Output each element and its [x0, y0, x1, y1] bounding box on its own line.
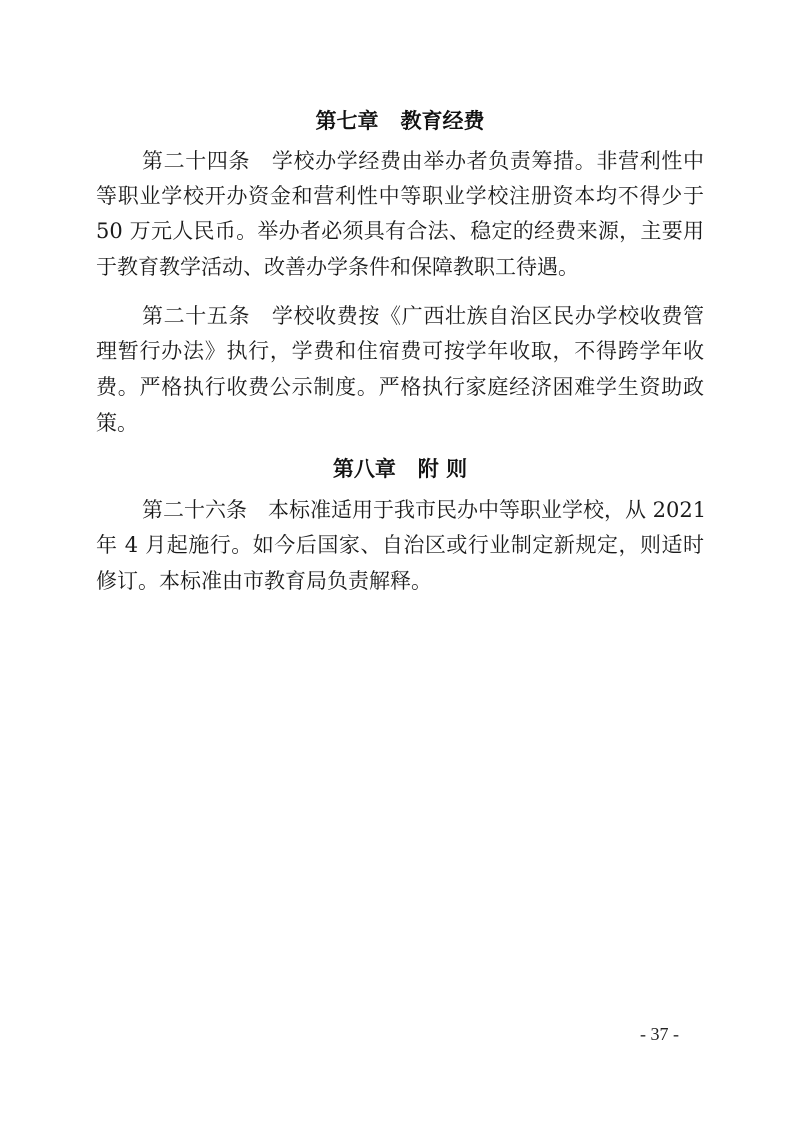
article-26-line-3: 修订。本标准由市教育局负责解释。: [96, 568, 704, 594]
article-25-line-2: 理暂行办法》执行，学费和住宿费可按学年收取，不得跨学年收: [96, 338, 704, 364]
chapter-7-heading: 第七章 教育经费: [0, 108, 800, 134]
article-24-line-1: 第二十四条 学校办学经费由举办者负责筹措。非营利性中: [142, 148, 704, 174]
article-24-line-2: 等职业学校开办资金和营利性中等职业学校注册资本均不得少于: [96, 183, 704, 209]
article-26-line-1: 第二十六条 本标准适用于我市民办中等职业学校，从 2021: [142, 497, 704, 523]
page-number: - 37 -: [640, 1024, 679, 1045]
article-25-line-1: 第二十五条 学校收费按《广西壮族自治区民办学校收费管: [142, 303, 704, 329]
article-25-line-4: 策。: [96, 410, 704, 436]
article-24-line-3: 50 万元人民币。举办者必须具有合法、稳定的经费来源，主要用: [96, 218, 704, 244]
chapter-8-heading: 第八章 附 则: [0, 456, 800, 482]
article-24-line-4: 于教育教学活动、改善办学条件和保障教职工待遇。: [96, 254, 704, 280]
article-26-line-2: 年 4 月起施行。如今后国家、自治区或行业制定新规定，则适时: [96, 532, 704, 558]
article-25-line-3: 费。严格执行收费公示制度。严格执行家庭经济困难学生资助政: [96, 374, 704, 400]
document-page: 第七章 教育经费 第二十四条 学校办学经费由举办者负责筹措。非营利性中 等职业学…: [0, 0, 800, 1131]
